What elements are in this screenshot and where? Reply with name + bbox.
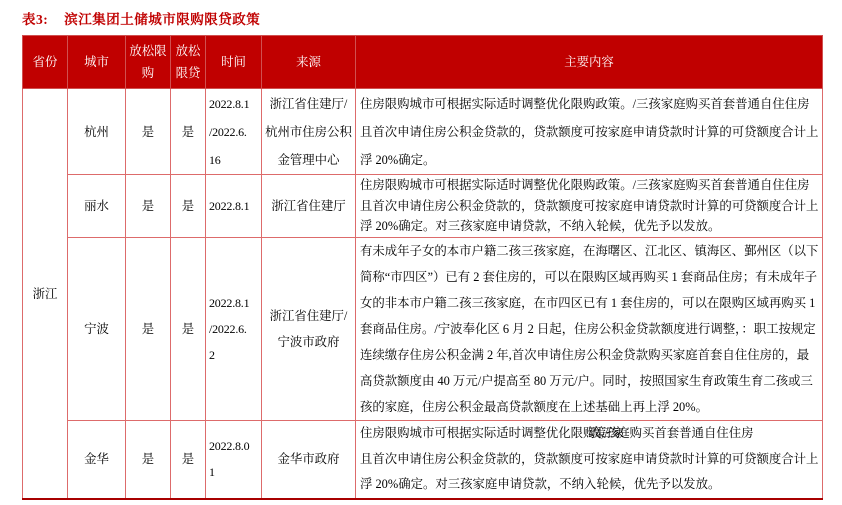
col-header-content: 主要内容 bbox=[356, 36, 823, 89]
cell-time: 2022.8.0 1 bbox=[206, 421, 262, 500]
cell-source: 浙江省住建厅/ 杭州市住房公积 金管理中心 bbox=[262, 89, 356, 175]
col-header-relax-purchase: 放松限购 bbox=[126, 36, 171, 89]
cell-content: 住房限购城市可根据实际适时调整优化限购政策。/三孩家庭购买首套普通自住住房 且首… bbox=[356, 421, 823, 500]
cell-time: 2022.8.1 bbox=[206, 175, 262, 238]
cell-province: 浙江 bbox=[23, 89, 68, 500]
col-header-source: 来源 bbox=[262, 36, 356, 89]
col-header-relax-loan: 放松限贷 bbox=[171, 36, 206, 89]
cell-content: 住房限购城市可根据实际适时调整优化限购政策。/三孩家庭购买首套普通自住住房且首次… bbox=[356, 89, 823, 175]
table-row-ningbo: 宁波 是 是 2022.8.1 /2022.6. 2 浙江省住建厅/ 宁波市政府… bbox=[23, 238, 823, 421]
table-row-lishui: 丽水 是 是 2022.8.1 浙江省住建厅 住房限购城市可根据实际适时调整优化… bbox=[23, 175, 823, 238]
col-header-city: 城市 bbox=[68, 36, 126, 89]
cell-relax-purchase: 是 bbox=[126, 421, 171, 500]
table-row-jinhua: 金华 是 是 2022.8.0 1 金华市政府 住房限购城市可根据实际适时调整优… bbox=[23, 421, 823, 500]
cell-time: 2022.8.1 /2022.6. 2 bbox=[206, 238, 262, 421]
cell-city: 杭州 bbox=[68, 89, 126, 175]
cell-relax-loan: 是 bbox=[171, 175, 206, 238]
table-title: 表3:滨江集团土储城市限购限贷政策 bbox=[22, 8, 842, 28]
policy-table: 省份 城市 放松限购 放松限贷 时间 来源 主要内容 浙江 杭州 是 是 202… bbox=[22, 35, 823, 500]
cell-relax-loan: 是 bbox=[171, 421, 206, 500]
cell-relax-loan: 是 bbox=[171, 89, 206, 175]
table-title-text: 滨江集团土储城市限购限贷政策 bbox=[64, 12, 260, 27]
cell-content-overlap-glitch: 购政策。/三孩家 bbox=[583, 426, 617, 440]
cell-relax-purchase: 是 bbox=[126, 89, 171, 175]
col-header-time: 时间 bbox=[206, 36, 262, 89]
table-title-label: 表3: bbox=[22, 12, 48, 27]
cell-city: 宁波 bbox=[68, 238, 126, 421]
cell-content-pre: 住房限购城市可根据实际适时调整优化限 bbox=[360, 426, 583, 440]
cell-source: 浙江省住建厅 bbox=[262, 175, 356, 238]
cell-content: 有未成年子女的本市户籍二孩三孩家庭，在海曙区、江北区、镇海区、鄞州区（以下简称“… bbox=[356, 238, 823, 421]
table-row-hangzhou: 浙江 杭州 是 是 2022.8.1 /2022.6. 16 浙江省住建厅/ 杭… bbox=[23, 89, 823, 175]
cell-time: 2022.8.1 /2022.6. 16 bbox=[206, 89, 262, 175]
cell-content: 住房限购城市可根据实际适时调整优化限购政策。/三孩家庭购买首套普通自住住房且首次… bbox=[356, 175, 823, 238]
cell-city: 金华 bbox=[68, 421, 126, 500]
col-header-province: 省份 bbox=[23, 36, 68, 89]
header-row: 省份 城市 放松限购 放松限贷 时间 来源 主要内容 bbox=[23, 36, 823, 89]
cell-relax-purchase: 是 bbox=[126, 175, 171, 238]
cell-relax-purchase: 是 bbox=[126, 238, 171, 421]
cell-relax-loan: 是 bbox=[171, 238, 206, 421]
cell-source: 浙江省住建厅/ 宁波市政府 bbox=[262, 238, 356, 421]
cell-source: 金华市政府 bbox=[262, 421, 356, 500]
cell-city: 丽水 bbox=[68, 175, 126, 238]
